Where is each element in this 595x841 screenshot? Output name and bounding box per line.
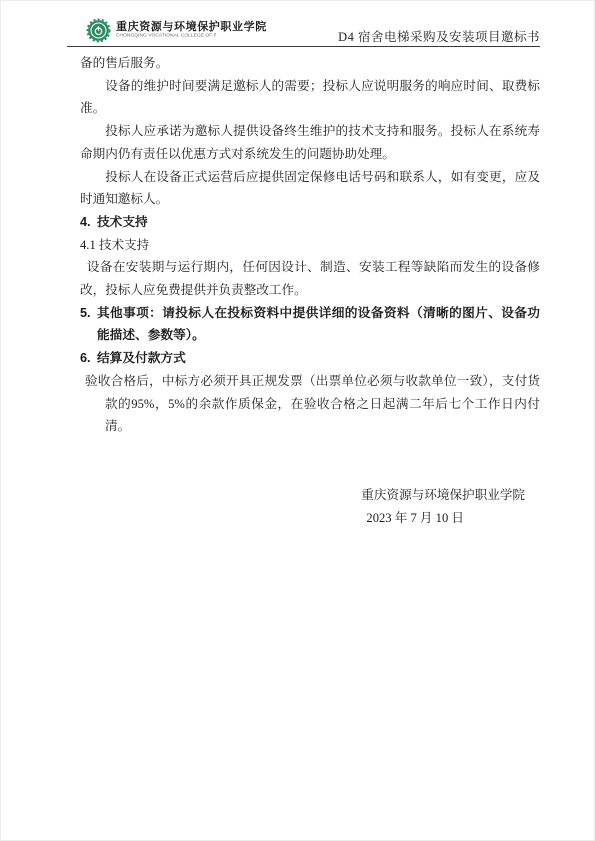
paragraph-lifetime-support: 投标人应承诺为邀标人提供设备终生维护的技术支持和服务。投标人在系统寿命期内仍有责… [80, 120, 540, 165]
college-name: 重庆资源与环境保护职业学院 [116, 21, 267, 33]
college-name-en: CHONGQING VOCATIONAL COLLEGE OF RESOURCE… [116, 33, 216, 39]
section-4-title: 技术支持 [97, 215, 148, 229]
college-logo-block: 重庆资源与环境保护职业学院 CHONGQING VOCATIONAL COLLE… [86, 18, 267, 43]
signature-block: 重庆资源与环境保护职业学院 2023 年 7 月 10 日 [80, 484, 540, 529]
section-4-heading: 4.技术支持 [80, 211, 540, 234]
section-5-heading: 5.其他事项：请投标人在投标资料中提供详细的设备资料（清晰的图片、设备功能描述、… [80, 302, 540, 347]
section-6-title: 结算及付款方式 [97, 351, 186, 365]
section-5-title: 其他事项：请投标人在投标资料中提供详细的设备资料（清晰的图片、设备功能描述、参数… [97, 306, 540, 343]
college-name-block: 重庆资源与环境保护职业学院 CHONGQING VOCATIONAL COLLE… [116, 18, 267, 40]
section-6-heading: 6.结算及付款方式 [80, 347, 540, 370]
college-logo-icon [86, 18, 111, 43]
paragraph-installation-defects: 设备在安装期与运行期内，任何因设计、制造、安装工程等缺陷而发生的设备修改，投标人… [80, 256, 540, 301]
doc-title: D4 宿舍电梯采购及安装项目邀标书 [338, 27, 540, 45]
section-5-number: 5. [80, 302, 91, 325]
section-6-number: 6. [80, 347, 91, 370]
document-body: 备的售后服务。 设备的维护时间要满足邀标人的需要；投标人应说明服务的响应时间、取… [80, 52, 540, 529]
signature-org: 重庆资源与环境保护职业学院 [80, 484, 540, 507]
paragraph-payment-terms: 验收合格后，中标方必须开具正规发票（出票单位必须与收款单位一致），支付货款的95… [80, 370, 540, 438]
paragraph-continuation: 备的售后服务。 [80, 52, 540, 75]
signature-date: 2023 年 7 月 10 日 [80, 507, 540, 530]
page-header: 重庆资源与环境保护职业学院 CHONGQING VOCATIONAL COLLE… [67, 17, 540, 47]
paragraph-maintenance-time: 设备的维护时间要满足邀标人的需要；投标人应说明服务的响应时间、取费标准。 [80, 75, 540, 120]
paragraph-service-hotline: 投标人在设备正式运营后应提供固定保修电话号码和联系人，如有变更，应及时通知邀标人… [80, 166, 540, 211]
document-page: 重庆资源与环境保护职业学院 CHONGQING VOCATIONAL COLLE… [0, 0, 595, 841]
section-4-number: 4. [80, 211, 91, 234]
section-4-subheading: 4.1 技术支持 [80, 234, 540, 257]
